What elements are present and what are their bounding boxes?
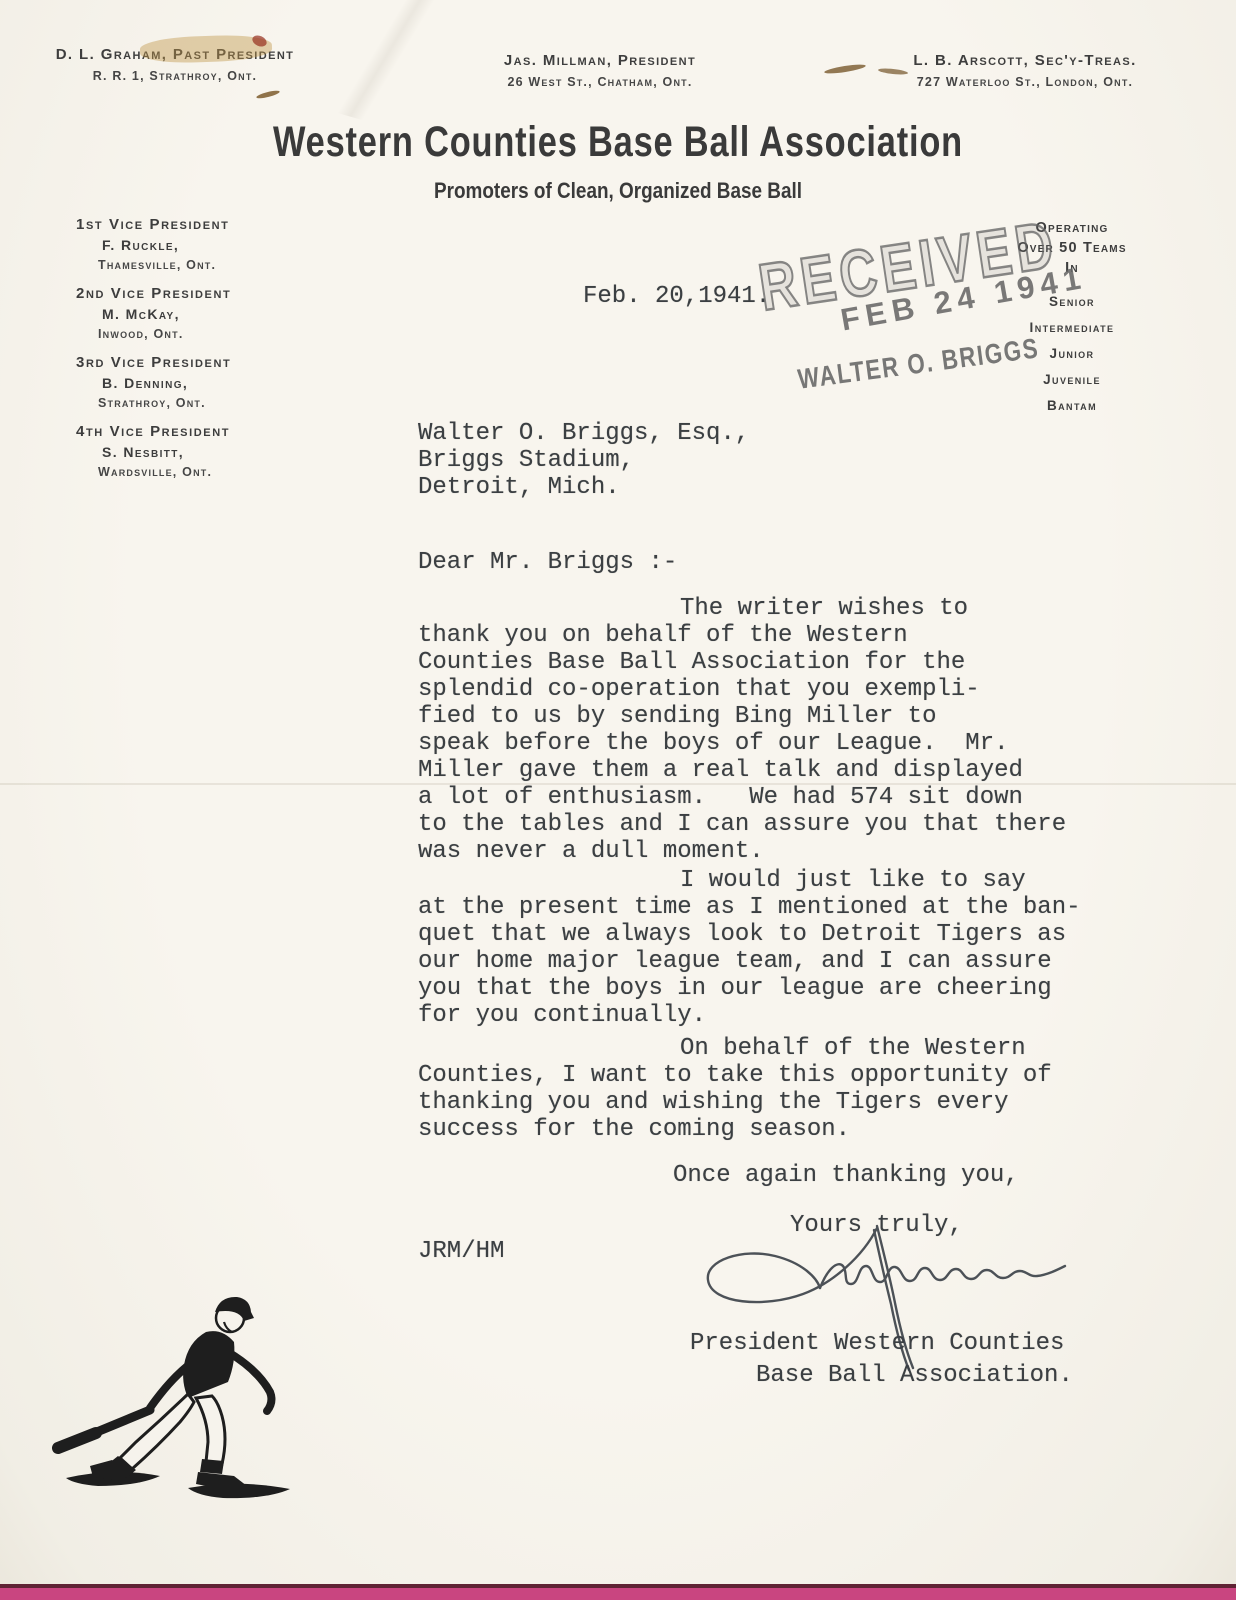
letter-date: Feb. 20,1941. bbox=[583, 283, 770, 310]
vp-title: 4th Vice President bbox=[76, 423, 306, 440]
vice-president-entry: 4th Vice President S. Nesbitt, Wardsvill… bbox=[76, 423, 306, 479]
vp-name: S. Nesbitt, bbox=[76, 444, 306, 460]
officer-name: L. B. Arscott, Sec'y-Treas. bbox=[892, 52, 1158, 69]
association-title: Western Counties Base Ball Association bbox=[124, 118, 1113, 167]
vice-president-entry: 1st Vice President F. Ruckle, Thamesvill… bbox=[76, 216, 306, 272]
vp-name: F. Ruckle, bbox=[76, 237, 306, 253]
officer-address: 26 West St., Chatham, Ont. bbox=[472, 75, 728, 89]
vp-city: Wardsville, Ont. bbox=[76, 465, 306, 479]
baseball-player-illustration bbox=[38, 1270, 310, 1505]
ink-smudge bbox=[824, 63, 866, 75]
vp-name: M. McKay, bbox=[76, 306, 306, 322]
vice-presidents-list: 1st Vice President F. Ruckle, Thamesvill… bbox=[76, 216, 306, 492]
signature-handwriting bbox=[665, 1208, 1085, 1383]
scanned-letter-page: D. L. Graham, Past President R. R. 1, St… bbox=[0, 0, 1236, 1600]
vp-title: 1st Vice President bbox=[76, 216, 306, 233]
scan-background-strip bbox=[0, 1584, 1236, 1600]
closing-line: Once again thanking you, bbox=[673, 1162, 1019, 1189]
vp-city: Thamesville, Ont. bbox=[76, 258, 306, 272]
vp-city: Strathroy, Ont. bbox=[76, 396, 306, 410]
paragraph-3: On behalf of the WesternCounties, I want… bbox=[418, 1035, 1052, 1143]
vp-title: 3rd Vice President bbox=[76, 354, 306, 371]
officer-secretary-treasurer: L. B. Arscott, Sec'y-Treas. 727 Waterloo… bbox=[892, 52, 1158, 89]
paragraph-2: I would just like to sayat the present t… bbox=[418, 867, 1081, 1029]
vice-president-entry: 2nd Vice President M. McKay, Inwood, Ont… bbox=[76, 285, 306, 341]
officer-name: Jas. Millman, President bbox=[472, 52, 728, 69]
association-motto: Promoters of Clean, Organized Base Ball bbox=[87, 178, 1150, 204]
officer-address: R. R. 1, Strathroy, Ont. bbox=[45, 69, 305, 83]
vp-name: B. Denning, bbox=[76, 375, 306, 391]
paragraph-1: The writer wishes tothank you on behalf … bbox=[418, 595, 1066, 865]
officer-president: Jas. Millman, President 26 West St., Cha… bbox=[472, 52, 728, 89]
ink-smudge bbox=[256, 89, 280, 100]
officer-address: 727 Waterloo St., London, Ont. bbox=[892, 75, 1158, 89]
vp-city: Inwood, Ont. bbox=[76, 327, 306, 341]
recipient-address: Walter O. Briggs, Esq.,Briggs Stadium,De… bbox=[418, 420, 749, 501]
salutation: Dear Mr. Briggs :- bbox=[418, 549, 677, 576]
vp-title: 2nd Vice President bbox=[76, 285, 306, 302]
typist-initials: JRM/HM bbox=[418, 1238, 504, 1265]
vice-president-entry: 3rd Vice President B. Denning, Strathroy… bbox=[76, 354, 306, 410]
